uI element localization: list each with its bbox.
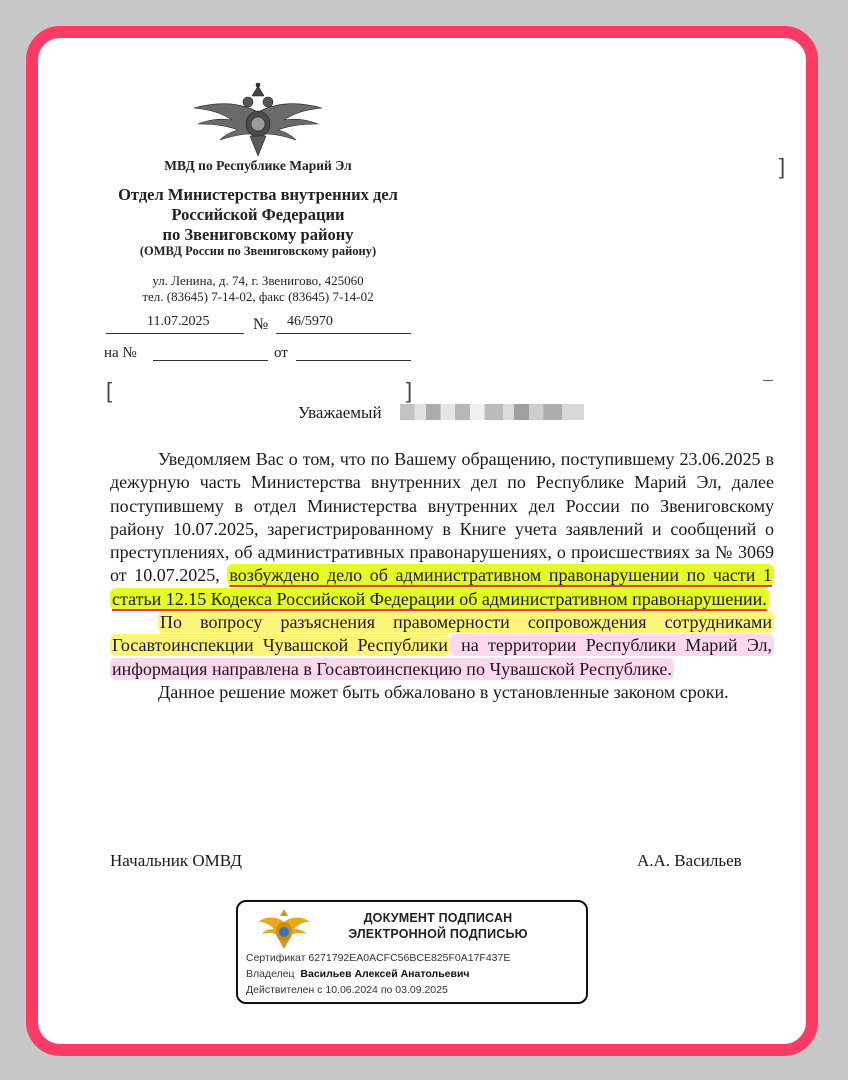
department-short-name: (ОМВД России по Звениговскому району): [100, 244, 416, 259]
paragraph-3: Данное решение может быть обжаловано в у…: [110, 681, 774, 704]
certificate-label: Сертификат: [246, 952, 305, 964]
e-signature-stamp: ДОКУМЕНТ ПОДПИСАН ЭЛЕКТРОННОЙ ПОДПИСЬЮ С…: [236, 900, 588, 1004]
redacted-recipient-name: [400, 404, 584, 420]
owner-label: Владелец: [246, 968, 295, 980]
department-line-2: Российской Федерации: [100, 205, 416, 225]
letter-number: 46/5970: [287, 314, 333, 330]
signatory-role: Начальник ОМВД: [110, 851, 242, 871]
owner-value: Васильев Алексей Анатольевич: [300, 968, 469, 980]
reply-to-line: [153, 360, 268, 361]
signatory-name: А.А. Васильев: [637, 851, 742, 871]
address: ул. Ленина, д. 74, г. Звенигово, 425060: [100, 273, 416, 289]
from-line: [296, 360, 411, 361]
corner-dash: [763, 380, 773, 381]
owner-row: Владелец Васильев Алексей Анатольевич: [246, 968, 470, 980]
letter-body: Уведомляем Вас о том, что по Вашему обра…: [110, 448, 774, 704]
certificate-row: Сертификат 6271792EA0ACFC56BCE825F0A17F4…: [246, 952, 510, 964]
date-line: [106, 333, 244, 334]
reply-to-label: на №: [104, 345, 137, 362]
number-line: [276, 333, 411, 334]
letter-page: МВД по Республике Марий Эл Отдел Министе…: [0, 0, 848, 1080]
department-line-1: Отдел Министерства внутренних дел: [100, 185, 416, 205]
letter-date: 11.07.2025: [147, 314, 209, 330]
number-label: №: [253, 316, 268, 334]
department-name: Отдел Министерства внутренних дел Россий…: [100, 185, 416, 245]
phone-fax: тел. (83645) 7-14-02, факс (83645) 7-14-…: [100, 289, 416, 305]
certificate-value: 6271792EA0ACFC56BCE825F0A17F437E: [308, 952, 510, 964]
mvd-eagle-emblem-icon: [188, 82, 328, 158]
paragraph-2: По вопросу разъяснения правомерности соп…: [110, 611, 774, 681]
from-label: от: [274, 345, 288, 362]
mvd-gold-emblem-icon: [256, 908, 312, 950]
corner-bracket-right-2: ]: [406, 380, 412, 402]
stamp-title-line-1: ДОКУМЕНТ ПОДПИСАН: [318, 911, 558, 925]
department-line-3: по Звениговскому району: [100, 225, 416, 245]
stamp-title-line-2: ЭЛЕКТРОННОЙ ПОДПИСЬЮ: [318, 927, 558, 941]
paragraph-1: Уведомляем Вас о том, что по Вашему обра…: [110, 448, 774, 611]
ministry-name: МВД по Республике Марий Эл: [110, 158, 406, 174]
corner-bracket-left: [: [106, 380, 112, 402]
validity-row: Действителен с 10.06.2024 по 03.09.2025: [246, 984, 448, 996]
corner-bracket-right: ]: [779, 156, 785, 178]
greeting: Уважаемый: [298, 403, 382, 423]
